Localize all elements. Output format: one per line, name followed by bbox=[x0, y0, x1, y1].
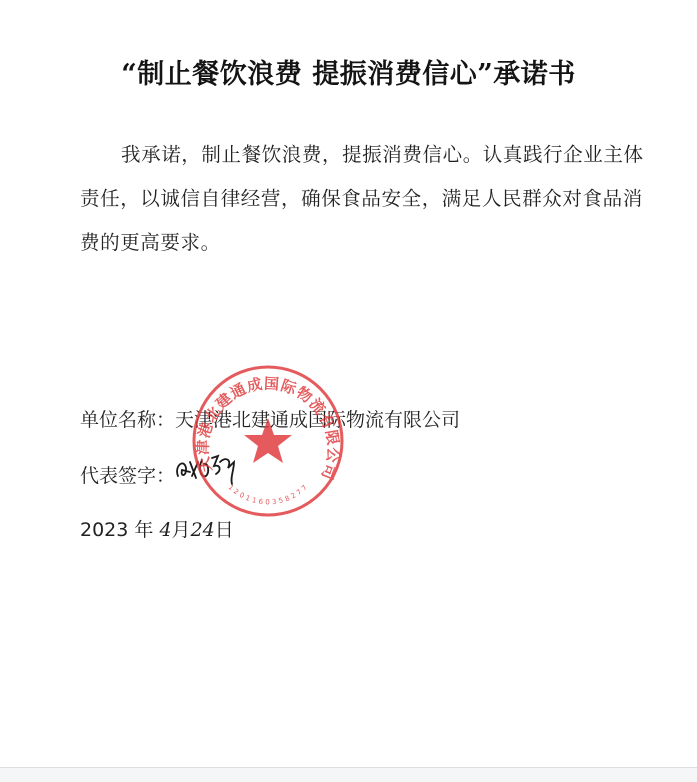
signer-label: 代表签字： bbox=[80, 465, 175, 487]
date-line: 2023 年 4月24日 bbox=[80, 515, 234, 542]
stamp-code: 1201160358277 bbox=[227, 482, 311, 506]
document-title: “制止餐饮浪费 提振消费信心”承诺书 bbox=[0, 52, 697, 91]
date-year: 2023 年 bbox=[80, 519, 153, 541]
star-icon bbox=[244, 418, 292, 463]
signer-line: 代表签字： bbox=[80, 461, 175, 488]
date-month-label: 月 bbox=[172, 519, 191, 541]
document-page: “制止餐饮浪费 提振消费信心”承诺书 我承诺，制止餐饮浪费，提振消费信心。认真践… bbox=[0, 0, 697, 768]
pledge-body: 我承诺，制止餐饮浪费，提振消费信心。认真践行企业主体责任，以诚信自律经营，确保食… bbox=[80, 133, 650, 265]
date-day-handwritten: 24 bbox=[191, 519, 215, 541]
svg-text:1201160358277: 1201160358277 bbox=[227, 482, 311, 506]
date-day-label: 日 bbox=[215, 519, 234, 541]
date-month-handwritten: 4 bbox=[159, 519, 171, 541]
company-seal-stamp: 天津港北建通成国际物流有限公司 1201160358277 bbox=[190, 363, 346, 519]
viewer-footer-bar bbox=[0, 767, 697, 782]
